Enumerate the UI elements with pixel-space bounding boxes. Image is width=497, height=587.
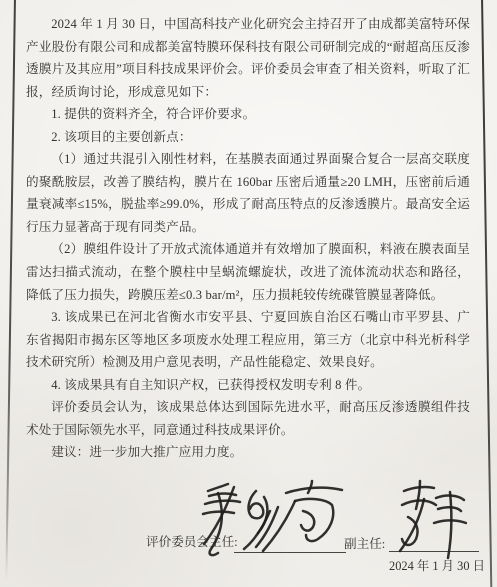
paragraph: （1）通过共混引入刚性材料，在基膜表面通过界面聚合复合一层高交联度的聚酰胺层，改…: [26, 148, 470, 238]
paragraph: 建议：进一步加大推广应用力度。: [26, 441, 470, 464]
chairman-signature-line: [234, 552, 346, 553]
paragraph: 评价委员会认为，该成果总体达到国际先进水平，耐高压反渗透膜组件技术处于国际领先水…: [26, 396, 470, 441]
vice-chairman-handwritten-signature: [391, 478, 467, 562]
document-body: 2024 年 1 月 30 日，中国高科技产业化研究会主持召开了由成都美富特环保…: [26, 13, 470, 464]
paragraph: 2024 年 1 月 30 日，中国高科技产业化研究会主持召开了由成都美富特环保…: [26, 13, 470, 103]
page-left-edge-line: [5, 0, 15, 580]
chairman-signature-label: 评价委员会主任:: [146, 531, 238, 550]
paragraph: 4. 该成果具有自主知识产权，已获得授权发明专利 8 件。: [26, 374, 470, 397]
vice-chairman-signature-label: 副主任:: [344, 533, 385, 552]
page-right-edge-line: [481, 0, 492, 587]
paragraph: 3. 该成果已在河北省衡水市安平县、宁夏回族自治区石嘴山市平罗县、广东省揭阳市揭…: [26, 306, 470, 374]
scanned-document-page: 2024 年 1 月 30 日，中国高科技产业化研究会主持召开了由成都美富特环保…: [0, 0, 497, 587]
vice-chairman-signature-line: [389, 551, 479, 552]
paragraph: 1. 提供的资料齐全，符合评价要求。: [26, 103, 470, 126]
paragraph: 2. 该项目的主要创新点：: [26, 126, 470, 149]
paragraph: （2）膜组件设计了开放式流体通道并有效增加了膜面积，料液在膜表面呈雷达扫描式流动…: [26, 238, 470, 306]
document-date: 2024 年 1 月 30 日: [389, 556, 485, 574]
